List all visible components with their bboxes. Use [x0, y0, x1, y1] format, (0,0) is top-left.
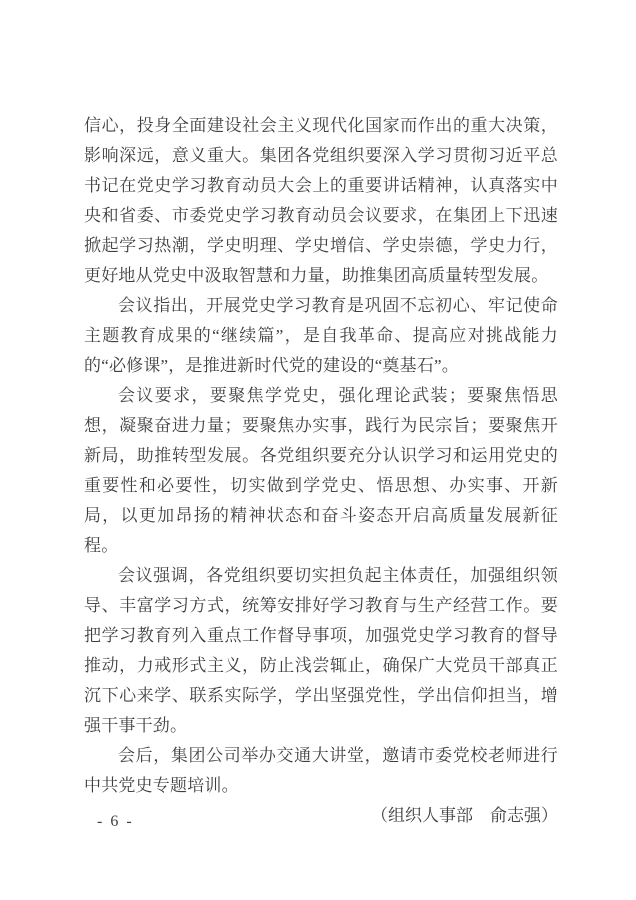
paragraph: 会议强调，各党组织要切实担负起主体责任，加强组织领导、丰富学习方式，统筹安排好学…: [84, 561, 558, 741]
paragraph: 会后，集团公司举办交通大讲堂，邀请市委党校老师进行中共党史专题培训。: [84, 741, 558, 801]
document-body: 信心，投身全面建设社会主义现代化国家而作出的重大决策，影响深远，意义重大。集团各…: [84, 111, 558, 831]
signature-line: （组织人事部 俞志强）: [84, 801, 558, 831]
paragraph-list: 信心，投身全面建设社会主义现代化国家而作出的重大决策，影响深远，意义重大。集团各…: [84, 111, 558, 801]
paragraph: 信心，投身全面建设社会主义现代化国家而作出的重大决策，影响深远，意义重大。集团各…: [84, 111, 558, 291]
document-page: 信心，投身全面建设社会主义现代化国家而作出的重大决策，影响深远，意义重大。集团各…: [0, 0, 636, 900]
paragraph: 会议要求，要聚焦学党史，强化理论武装；要聚焦悟思想，凝聚奋进力量；要聚焦办实事，…: [84, 381, 558, 561]
page-number: - 6 -: [97, 812, 134, 832]
paragraph: 会议指出，开展党史学习教育是巩固不忘初心、牢记使命主题教育成果的“继续篇”，是自…: [84, 291, 558, 381]
